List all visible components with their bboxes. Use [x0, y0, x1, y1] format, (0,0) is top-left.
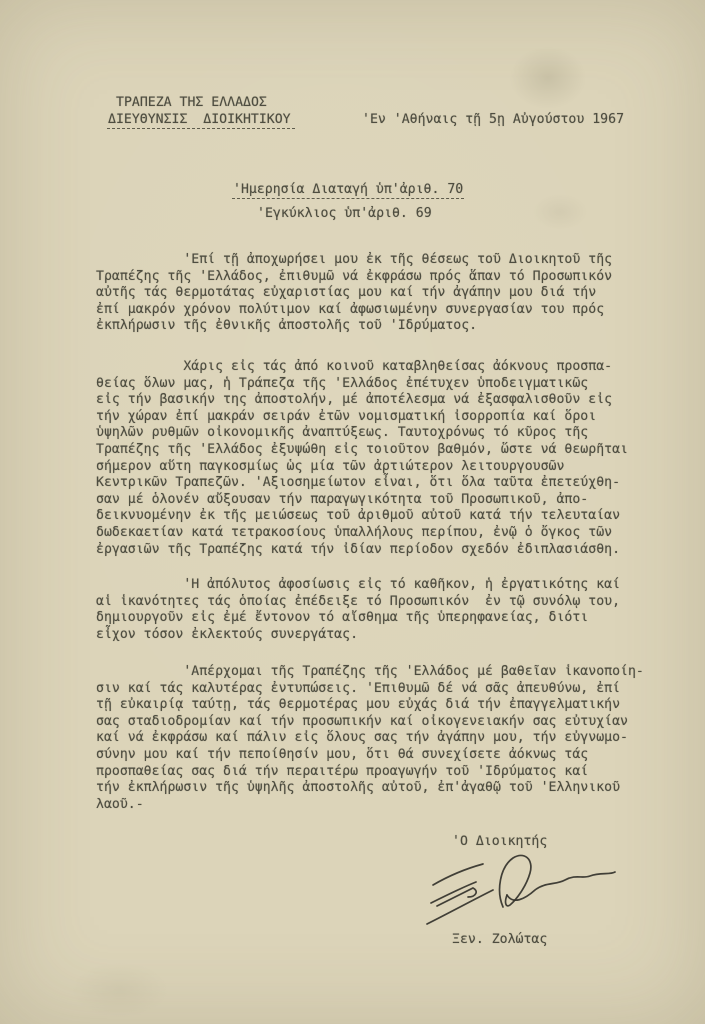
org-department-underline — [107, 128, 295, 129]
org-name: ΤΡΑΠΕΖΑ ΤΗΣ ΕΛΛΑΔΟΣ — [116, 95, 267, 112]
circular-title: 'Εγκύκλιος ὑπ'ἀριθ. 69 — [257, 206, 432, 223]
org-department: ΔΙΕΥΘΥΝΣΙΣ ΔΙΟΙΚΗΤΙΚΟΥ — [108, 112, 291, 129]
daily-order-title: 'Ημερησία Διαταγή ὑπ'ἀριθ. 70 — [233, 182, 463, 199]
paragraph-2: Χάρις εἰς τάς ἀπό κοινοῦ καταβληθείσας ἀ… — [96, 359, 628, 558]
paragraph-3: 'Η ἀπόλυτος ἀφοσίωσις εἰς τό καθῆκον, ἡ … — [96, 577, 620, 643]
letter-page: ΤΡΑΠΕΖΑ ΤΗΣ ΕΛΛΑΔΟΣ ΔΙΕΥΘΥΝΣΙΣ ΔΙΟΙΚΗΤΙΚ… — [0, 0, 705, 1024]
daily-order-title-underline — [232, 198, 464, 199]
paragraph-1: 'Επί τῇ ἀποχωρήσει μου ἐκ τῆς θέσεως τοῦ… — [96, 252, 612, 335]
paragraph-4: 'Απέρχομαι τῆς Τραπέζης τῆς 'Ελλάδος μέ … — [96, 664, 644, 813]
place-date-line: 'Εν 'Αθήναις τῇ 5ῃ Αὐγούστου 1967 — [362, 112, 624, 129]
signatory-name: Ξεν. Ζολώτας — [452, 932, 547, 949]
handwritten-signature-icon — [413, 843, 628, 938]
